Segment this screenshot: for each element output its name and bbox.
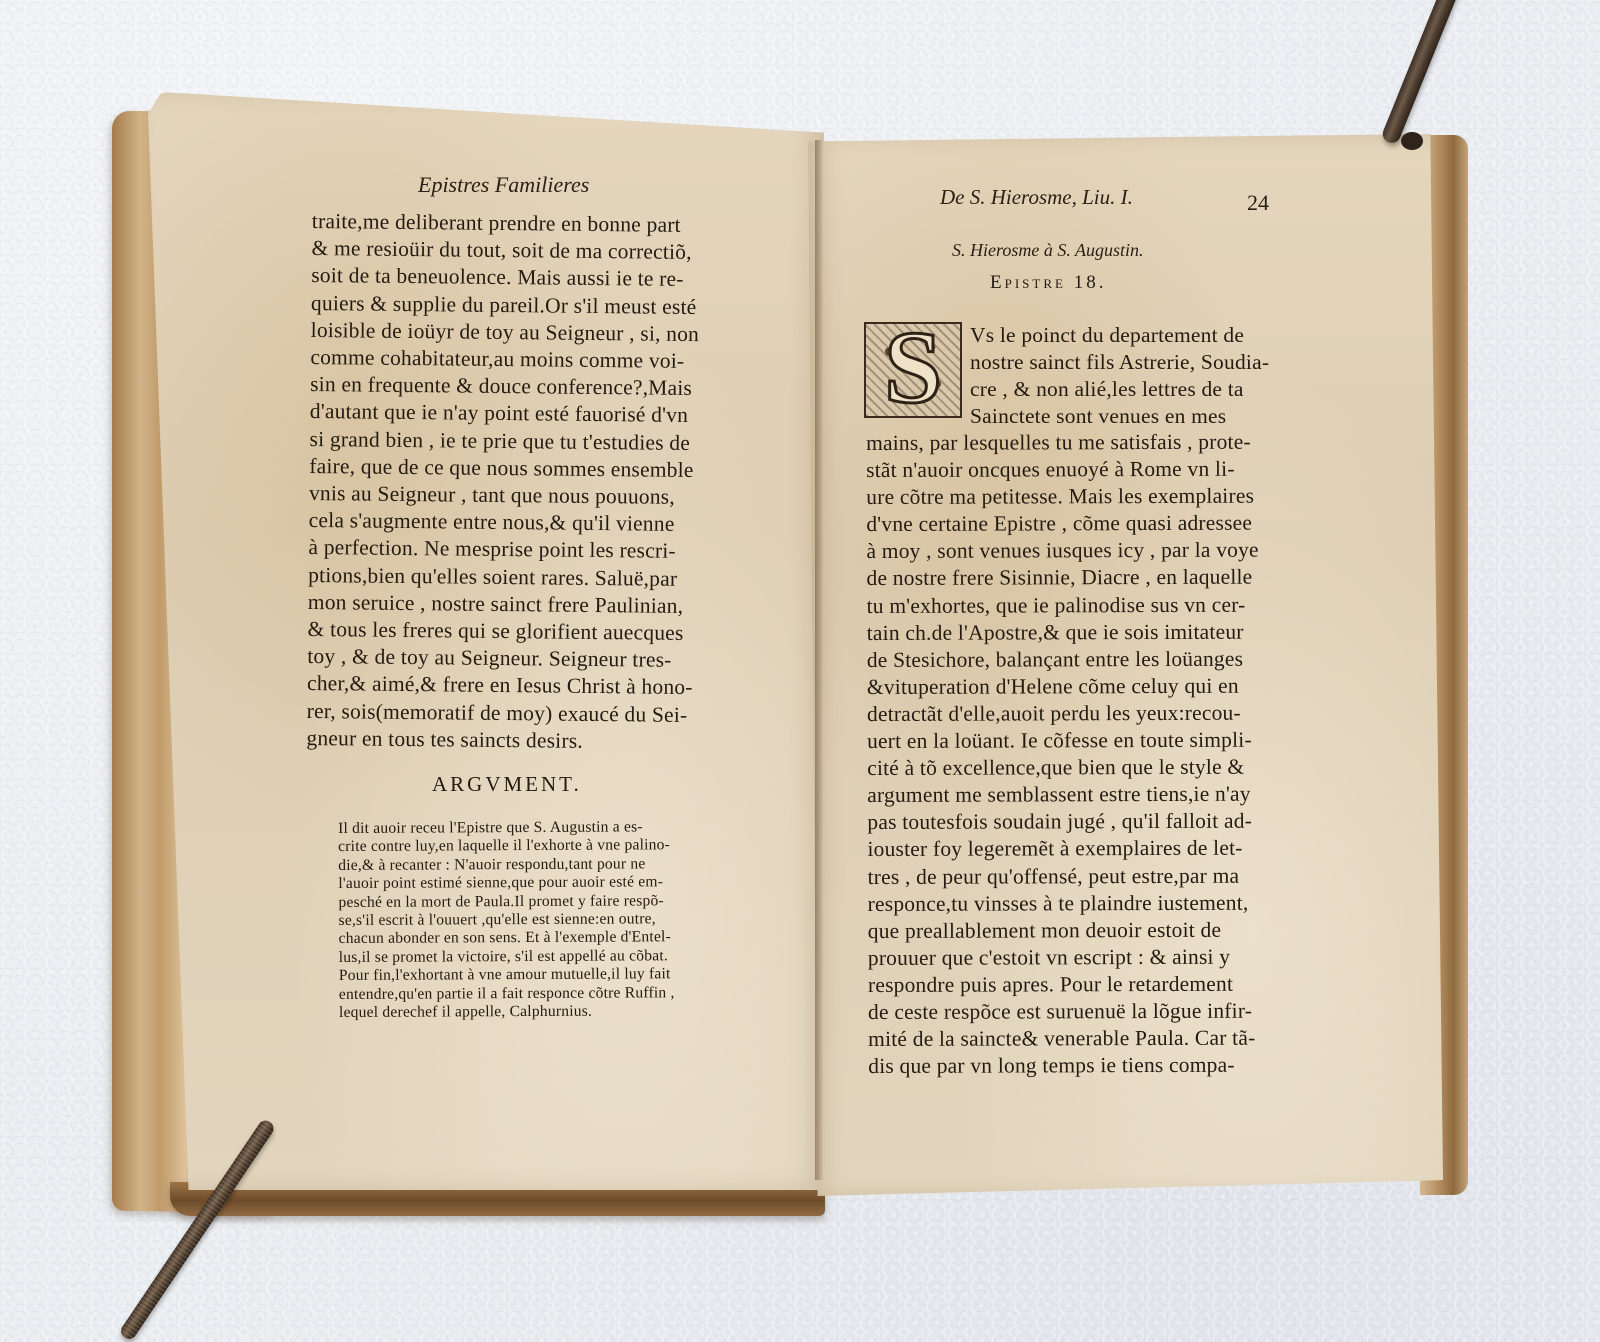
text-line: prouuer que c'estoit vn escript : & ains… [868,943,1288,972]
epistle-number: Epistre 18. [990,272,1106,294]
text-line: se,s'il escrit à l'ouuert ,qu'elle est s… [338,910,758,931]
text-line: de Stesichore, balançant entre les loüan… [867,645,1287,674]
text-line: nostre sainct fils Astrerie, Soudia- [970,349,1290,376]
text-line: crite contre luy,en laquelle il l'exhort… [338,836,758,857]
text-line: tres , de peur qu'offensé, peut estre,pa… [868,862,1288,891]
text-line: &vituperation d'Helene cõme celuy qui en [867,672,1287,701]
left-body-text: traite,me deliberant prendre en bonne pa… [306,208,752,757]
text-line: à moy , sont venues iusques icy , par la… [866,537,1286,566]
text-line: cher,& aimé,& frere en Iesus Christ à ho… [307,670,747,702]
text-line: tu m'exhortes, que ie palinodise sus vn … [867,591,1287,620]
text-line: mains, par lesquelles tu me satisfais , … [866,429,1286,458]
text-line: uert en la loüant. Ie cõfesse en toute s… [867,727,1287,756]
text-line: cité à tõ excellence,que bien que le sty… [867,754,1287,783]
text-line: quiers & supplie du pareil.Or s'il meust… [311,290,751,322]
left-running-head: Epistres Familieres [418,172,589,198]
text-line: de nostre frere Sisinnie, Diacre , en la… [866,564,1286,593]
text-line: die,& à recanter : N'auoir respondu,tant… [338,855,758,876]
text-line: detractãt d'elle,auoit perdu les yeux:re… [867,699,1287,728]
text-line: à perfection. Ne mesprise point les resc… [308,534,748,566]
text-line: entendre,qu'en partie il a fait responce… [339,983,759,1004]
text-line: iouster foy legeremẽt à exemplaires de l… [867,835,1287,864]
top-right-display-pin [1380,0,1462,146]
book-gutter [815,140,823,1180]
text-line: respondre puis apres. Pour le retardemen… [868,970,1288,999]
right-running-head: De S. Hierosme, Liu. I. [940,185,1133,210]
right-body-text: mains, par lesquelles tu me satisfais , … [866,429,1288,1081]
text-line: mité de la saincte& venerable Paula. Car… [868,1025,1288,1054]
text-line: d'vne certaine Epistre , cõme quasi adre… [866,510,1286,539]
open-book: Epistres Familieres traite,me deliberant… [0,0,1600,1342]
text-line: Vs le poinct du departement de [970,322,1290,349]
epistle-heading: S. Hierosme à S. Augustin. [952,240,1144,261]
text-line: Il dit auoir receu l'Epistre que S. Augu… [338,818,758,839]
text-line: de ceste respõce est suruenuë la lõgue i… [868,997,1288,1026]
text-line: l'auoir point estimé sienne,que pour auo… [338,873,758,894]
drop-cap-letter: S [884,322,942,418]
top-pin-tip [1401,132,1423,150]
text-line: ure cõtre ma petitesse. Mais les exempla… [866,483,1286,512]
text-line: cre , & non alié,les lettres de ta [970,376,1290,403]
drop-cap-adjacent-text: Vs le poinct du departement de nostre sa… [970,322,1290,430]
text-line: argument me semblassent estre tiens,ie n… [867,781,1287,810]
ornamental-drop-cap-icon: S [864,322,962,418]
text-line: lequel derechef il appelle, Calphurnius. [339,1002,759,1023]
text-line: Pour fin,l'exhortant à vne amour mutuell… [339,965,759,986]
text-line: que preallablement mon deuoir estoit de [868,916,1288,945]
argument-text: Il dit auoir receu l'Epistre que S. Augu… [338,818,759,1023]
text-line: gneur en tous tes saincts desirs. [306,725,746,757]
text-line: pas toutesfois soudain jugé , qu'il fall… [867,808,1287,837]
text-line: dis que par vn long temps ie tiens compa… [868,1052,1288,1081]
text-line: Sainctete sont venues en mes [970,403,1290,430]
text-line: stãt n'auoir oncques enuoyé à Rome vn li… [866,456,1286,485]
text-line: tain ch.de l'Apostre,& que ie sois imita… [867,618,1287,647]
page-number: 24 [1247,190,1269,216]
text-line: chacun abonder en son sens. Et à l'exemp… [339,928,759,949]
text-line: responce,tu vinsses à te plaindre iustem… [868,889,1288,918]
text-line: si grand bien , ie te prie que tu t'estu… [309,426,749,458]
argument-heading: ARGVMENT. [432,772,582,797]
text-line: soit de ta beneuolence. Mais aussi ie te… [311,262,751,294]
text-line: d'autant que ie n'ay point esté fauorisé… [310,398,750,430]
text-line: pesché en la mort de Paula.Il promet y f… [338,891,758,912]
text-line: lus,il se promet la victoire, s'il est a… [339,947,759,968]
